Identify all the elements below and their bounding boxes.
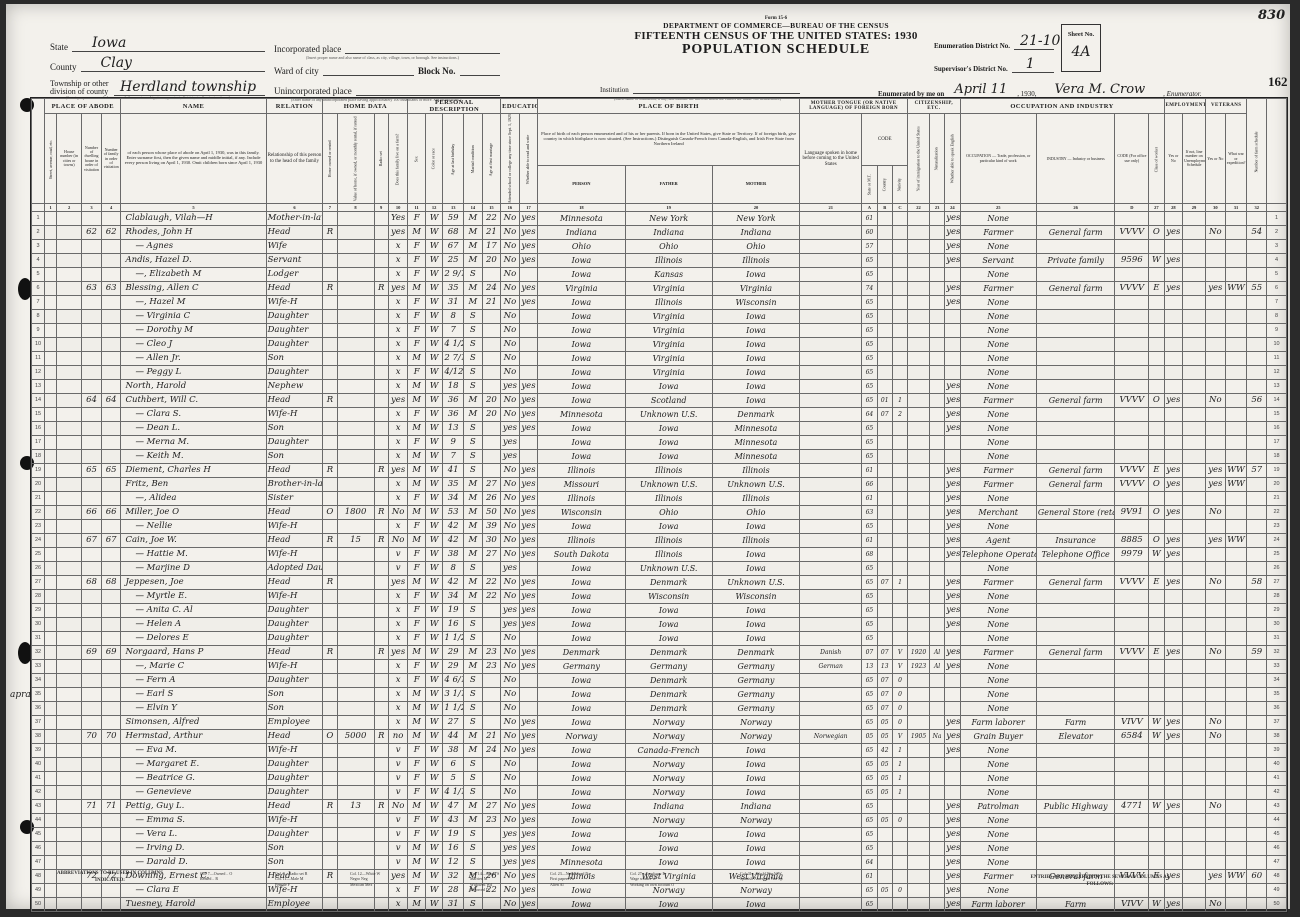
family-cell [101,548,121,562]
immigration-cell [908,674,930,688]
school-cell: No [501,506,520,520]
line-number: 46 [32,842,45,856]
race-cell: W [425,478,442,492]
radio-cell [374,632,388,646]
code-a-cell: 65 [862,632,877,646]
code-b-header: Country [877,166,892,204]
street-cell [45,408,57,422]
code-b-cell: 05 [877,716,892,730]
war-cell [1225,506,1247,520]
dwelling-cell [82,548,102,562]
name-cell: Diement, Charles H [121,464,266,478]
house-cell [57,240,82,254]
code-b-cell [877,618,892,632]
at-work-cell [1164,268,1183,282]
at-work-cell [1164,296,1183,310]
name-cell: — Fern A [121,674,266,688]
street-cell [45,786,57,800]
column-number-row: 123456789101112131415161718192021ABC2223… [32,204,1287,212]
sex-cell: F [408,324,425,338]
race-cell: W [425,380,442,394]
owned-cell [323,842,337,856]
code-b-cell: 13 [877,660,892,674]
read-write-cell: yes [519,660,538,674]
population-schedule-table: PLACE OF ABODE NAME RELATION HOME DATA P… [30,97,1288,913]
farm-schedule-cell [1247,492,1267,506]
relation-cell: Son [266,688,323,702]
occupation-cell: None [960,842,1036,856]
naturalization-cell [929,744,944,758]
line-number: 34 [32,674,45,688]
immigration-cell [908,478,930,492]
birthplace-father-cell: Kansas [625,268,712,282]
farm-schedule-cell [1247,744,1267,758]
house-cell [57,730,82,744]
occ-code-cell: 9979 [1115,548,1149,562]
unemployment-line-cell [1183,562,1206,576]
line-number: 4 [32,254,45,268]
farm-schedule-cell: 55 [1247,282,1267,296]
marital-cell: S [464,450,483,464]
class-cell [1149,366,1164,380]
war-cell: WW [1225,478,1247,492]
relation-cell: Head [266,730,323,744]
occupation-cell: None [960,450,1036,464]
code-c-cell [892,562,907,576]
line-number-right: 10 [1267,338,1287,352]
language-cell [800,352,862,366]
table-row: 276868Jeppesen, JoeHeadRyesMW42M22NoyesI… [32,576,1287,590]
race-cell: W [425,590,442,604]
birthplace-father-cell: Illinois [625,296,712,310]
sex-cell: F [408,618,425,632]
war-cell [1225,324,1247,338]
code-a-cell: 65 [862,828,877,842]
occupation-cell: None [960,268,1036,282]
radio-cell: R [374,282,388,296]
radio-cell [374,436,388,450]
code-b-cell: 07 [877,408,892,422]
class-cell: E [1149,464,1164,478]
family-cell [101,268,121,282]
code-b-cell: 05 [877,772,892,786]
farm-schedule-cell [1247,520,1267,534]
table-row: 15— Clara S.Wife-HxFW36M20NoyesMinnesota… [32,408,1287,422]
radio-cell [374,772,388,786]
birthplace-father-cell: Ohio [625,506,712,520]
language-header: Language spoken in home before coming to… [800,114,862,204]
family-cell [101,856,121,870]
house-cell [57,296,82,310]
house-cell [57,422,82,436]
line-number: 12 [32,366,45,380]
unincorporated-label: Unincorporated place [274,86,352,96]
value-cell [337,828,374,842]
relation-cell: Servant [266,254,323,268]
owned-cell [323,492,337,506]
farm-cell: x [388,310,408,324]
school-cell: No [501,772,520,786]
race-cell: W [425,492,442,506]
line-number: 10 [32,338,45,352]
code-b-cell: 07 [877,576,892,590]
birthplace-person-cell: Iowa [538,786,625,800]
english-cell [945,268,960,282]
dwelling-cell [82,744,102,758]
dwelling-cell [82,366,102,380]
english-cell: yes [945,716,960,730]
code-b-cell [877,478,892,492]
immigration-cell [908,394,930,408]
occupation-cell: None [960,492,1036,506]
code-a-cell: 65 [862,800,877,814]
line-number: 40 [32,758,45,772]
industry-cell [1036,828,1115,842]
age-marriage-cell [482,464,501,478]
value-cell [337,394,374,408]
line-number: 25 [32,548,45,562]
table-row: 3— AgnesWifexFW67M17NoyesOhioOhioOhio57y… [32,240,1287,254]
dwelling-cell: 64 [82,394,102,408]
farm-schedule-cell [1247,772,1267,786]
value-cell [337,338,374,352]
class-cell: E [1149,282,1164,296]
code-a-cell: 61 [862,534,877,548]
census-title: FIFTEENTH CENSUS OF THE UNITED STATES: 1… [626,30,926,42]
class-cell: W [1149,548,1164,562]
marital-cell: M [464,660,483,674]
war-cell [1225,744,1247,758]
english-cell: yes [945,842,960,856]
street-cell [45,674,57,688]
name-cell: Andis, Hazel D. [121,254,266,268]
at-work-cell [1164,758,1183,772]
relation-cell: Daughter [266,674,323,688]
veteran-cell [1206,212,1226,226]
birthplace-mother-cell: Ohio [712,506,799,520]
name-cell: —, Hazel M [121,296,266,310]
occupation-cell: None [960,744,1036,758]
dwelling-cell [82,380,102,394]
industry-cell: General Store (retail) [1036,506,1115,520]
read-write-cell: yes [519,814,538,828]
house-cell [57,814,82,828]
farm-cell: x [388,366,408,380]
english-cell: yes [945,800,960,814]
read-write-cell: yes [519,828,538,842]
code-a-cell: 65 [862,786,877,800]
line-number: 36 [32,702,45,716]
name-cell: — Keith M. [121,450,266,464]
code-b-cell [877,226,892,240]
occupation-header: OCCUPATION — Trade, profession, or parti… [960,114,1036,204]
street-cell [45,562,57,576]
street-cell [45,842,57,856]
race-cell: W [425,786,442,800]
street-cell [45,296,57,310]
sex-cell: F [408,548,425,562]
occupation-cell: Farmer [960,478,1036,492]
house-cell [57,842,82,856]
read-write-cell: yes [519,464,538,478]
war-cell: WW [1225,282,1247,296]
code-b-cell [877,338,892,352]
column-number: 20 [712,204,799,212]
table-row: 26262Rhodes, John HHeadRyesMW68M21NoyesI… [32,226,1287,240]
immigration-cell [908,492,930,506]
industry-cell [1036,842,1115,856]
school-cell: No [501,296,520,310]
birthplace-mother-cell: Iowa [712,352,799,366]
unemployment-line-cell [1183,324,1206,338]
code-b-cell: 05 [877,814,892,828]
birthplace-mother-cell: Germany [712,674,799,688]
birthplace-mother-cell: Indiana [712,800,799,814]
farm-header: Does this family live on a farm? [388,114,408,204]
birthplace-person-cell: Iowa [538,352,625,366]
veteran-cell [1206,772,1226,786]
occ-code-cell: VVVV [1115,282,1149,296]
naturalization-cell [929,254,944,268]
table-row: 66363Blessing, Allen CHeadRRyesMW35M24No… [32,282,1287,296]
english-cell: yes [945,408,960,422]
race-cell: W [425,408,442,422]
code-c-cell [892,310,907,324]
occupation-cell: None [960,632,1036,646]
read-write-cell: yes [519,380,538,394]
code-a-cell: 65 [862,310,877,324]
english-cell [945,674,960,688]
occupation-cell: None [960,758,1036,772]
veteran-cell [1206,324,1226,338]
value-cell: 15 [337,534,374,548]
english-cell [945,352,960,366]
english-cell [945,324,960,338]
sex-cell: M [408,226,425,240]
veteran-cell [1206,254,1226,268]
line-number-right: 19 [1267,464,1287,478]
occupation-cell: Farmer [960,226,1036,240]
name-cell: — Beatrice G. [121,772,266,786]
dwelling-cell [82,772,102,786]
dwelling-cell: 68 [82,576,102,590]
marital-cell: S [464,758,483,772]
industry-cell [1036,786,1115,800]
age-marriage-cell: 24 [482,282,501,296]
column-number: B [877,204,892,212]
code-a-cell: 65 [862,296,877,310]
age-cell: 42 [443,534,464,548]
table-row: 387070Hermstad, ArthurHeadO5000RnoMW44M2… [32,730,1287,744]
birthplace-person-cell: Iowa [538,828,625,842]
school-cell: No [501,632,520,646]
english-cell: yes [945,296,960,310]
age-marriage-cell: 39 [482,520,501,534]
immigration-cell [908,282,930,296]
farm-cell: x [388,702,408,716]
sex-cell: F [408,590,425,604]
name-cell: — Anita C. Al [121,604,266,618]
unemployment-line-cell [1183,534,1206,548]
line-number-right: 7 [1267,296,1287,310]
code-c-cell [892,632,907,646]
line-number-right: 31 [1267,632,1287,646]
birthplace-father-cell: Iowa [625,618,712,632]
column-number: 10 [388,204,408,212]
unemployment-line-header: If not, line number on Unemployment Sche… [1183,114,1206,204]
read-write-cell: yes [519,408,538,422]
unemployment-line-cell [1183,856,1206,870]
industry-cell [1036,674,1115,688]
age-cell: 2 7/12 [443,352,464,366]
occupation-cell: None [960,408,1036,422]
group-employment: EMPLOYMENT [1164,99,1205,114]
war-cell [1225,814,1247,828]
house-cell [57,352,82,366]
table-row: 37Simonsen, AlfredEmployeexMW27SNoyesIow… [32,716,1287,730]
language-cell [800,674,862,688]
name-cell: — Merna M. [121,436,266,450]
naturalization-cell [929,282,944,296]
street-cell [45,856,57,870]
code-a-cell: 61 [862,492,877,506]
farm-cell: x [388,296,408,310]
unemployment-line-cell [1183,422,1206,436]
occ-code-cell: VIVV [1115,716,1149,730]
code-a-cell: 65 [862,702,877,716]
family-cell: 70 [101,730,121,744]
dwelling-cell [82,436,102,450]
line-number: 22 [32,506,45,520]
birthplace-person-cell: Iowa [538,716,625,730]
line-number: 28 [32,590,45,604]
birthplace-father-cell: New York [625,212,712,226]
column-number: 26 [1036,204,1115,212]
race-cell: W [425,268,442,282]
code-c-cell [892,282,907,296]
farm-cell: No [388,800,408,814]
at-work-cell [1164,408,1183,422]
race-cell: W [425,282,442,296]
county-label: County [50,62,77,72]
radio-cell [374,268,388,282]
code-a-cell: 65 [862,324,877,338]
class-cell [1149,828,1164,842]
veteran-cell [1206,520,1226,534]
birthplace-father-cell: Iowa [625,856,712,870]
war-cell [1225,828,1247,842]
table-row: 41— Beatrice G.DaughtervFW5SNoIowaNorway… [32,772,1287,786]
at-work-cell [1164,814,1183,828]
column-number: 27 [1149,204,1164,212]
street-cell [45,464,57,478]
language-cell [800,534,862,548]
table-row: 1Clablaugh, Vilah—HMother-in-lawYesFW59M… [32,212,1287,226]
name-cell: — Genevieve [121,786,266,800]
naturalization-cell [929,310,944,324]
marital-cell: S [464,366,483,380]
code-b-cell [877,506,892,520]
read-write-cell [519,702,538,716]
birthplace-person-cell: Indiana [538,226,625,240]
war-cell [1225,408,1247,422]
industry-cell [1036,632,1115,646]
unemployment-line-cell [1183,800,1206,814]
war-cell [1225,380,1247,394]
race-cell: W [425,506,442,520]
farm-schedule-cell [1247,254,1267,268]
school-cell: yes [501,842,520,856]
name-cell: Norgaard, Hans P [121,646,266,660]
line-number: 42 [32,786,45,800]
code-a-cell: 65 [862,450,877,464]
code-c-cell: 0 [892,688,907,702]
house-cell [57,254,82,268]
owned-cell [323,618,337,632]
naturalization-cell [929,590,944,604]
war-cell [1225,212,1247,226]
age-marriage-cell [482,632,501,646]
naturalization-cell [929,492,944,506]
immigration-cell [908,758,930,772]
at-work-cell [1164,450,1183,464]
race-cell: W [425,674,442,688]
language-cell [800,772,862,786]
marital-cell: M [464,296,483,310]
immigration-cell [908,422,930,436]
line-number-right: 30 [1267,618,1287,632]
age-cell: 25 [443,254,464,268]
unemployment-line-cell [1183,716,1206,730]
farm-cell: x [388,632,408,646]
dwelling-cell [82,268,102,282]
english-cell [945,366,960,380]
owned-cell [323,212,337,226]
house-cell [57,590,82,604]
owned-cell [323,422,337,436]
code-c-cell: 0 [892,674,907,688]
at-work-cell [1164,842,1183,856]
farm-cell: x [388,352,408,366]
birthplace-mother-cell: Iowa [712,604,799,618]
read-write-cell: yes [519,254,538,268]
marital-cell: S [464,772,483,786]
code-b-cell [877,450,892,464]
family-cell: 66 [101,506,121,520]
code-a-cell: 65 [862,394,877,408]
language-cell [800,688,862,702]
column-number: 16 [501,204,520,212]
owned-cell [323,520,337,534]
township-value: Herdland township [120,79,256,95]
language-cell [800,716,862,730]
naturalization-cell [929,800,944,814]
school-cell: yes [501,856,520,870]
war-cell [1225,562,1247,576]
relation-header: Relationship of this person to the head … [266,114,323,204]
house-cell [57,436,82,450]
birthplace-person-cell: Iowa [538,436,625,450]
marital-cell: M [464,576,483,590]
marital-cell: S [464,618,483,632]
value-cell [337,436,374,450]
read-write-cell [519,786,538,800]
relation-cell: Sister [266,492,323,506]
dwelling-cell [82,450,102,464]
english-cell: yes [945,618,960,632]
group-occupation: OCCUPATION AND INDUSTRY [960,99,1164,114]
occ-code-cell [1115,212,1149,226]
